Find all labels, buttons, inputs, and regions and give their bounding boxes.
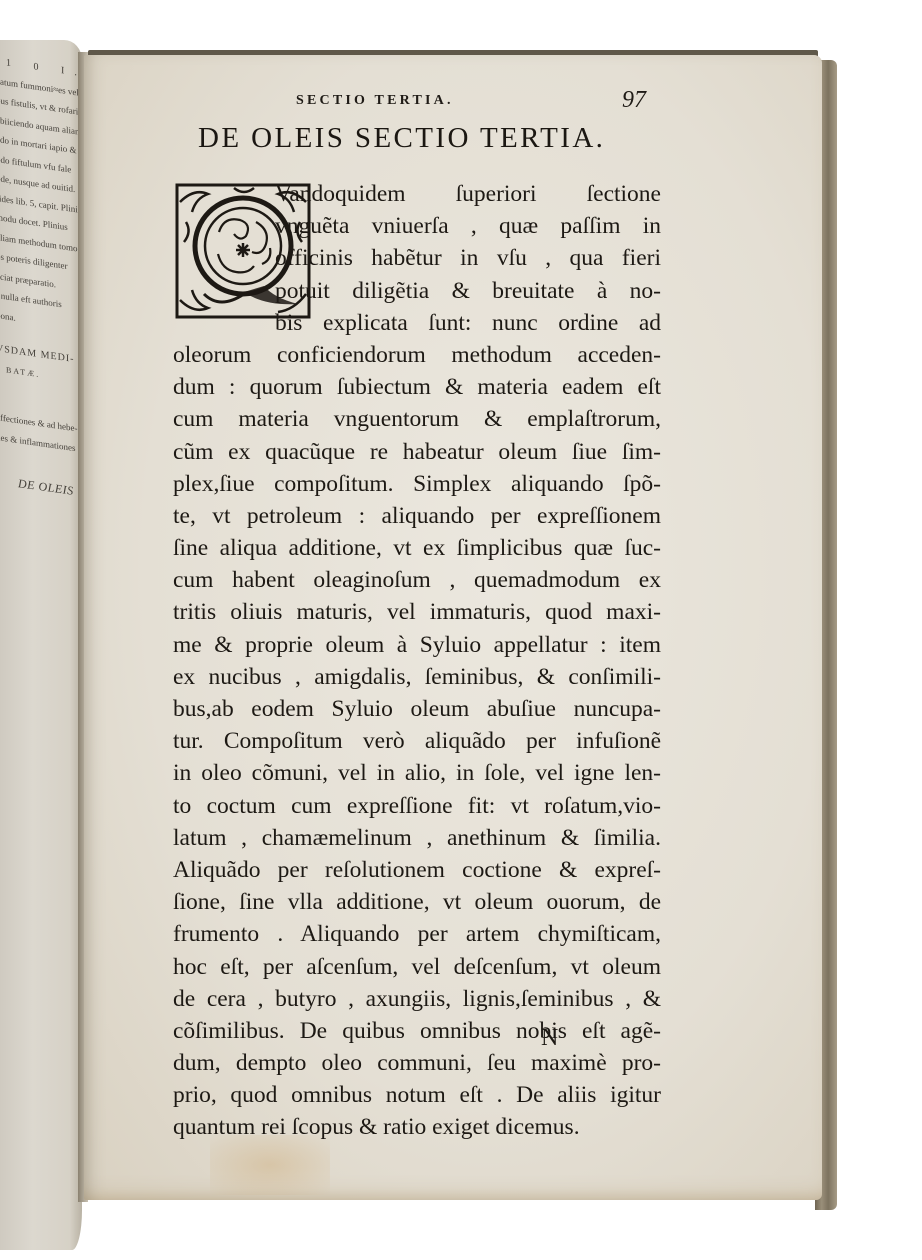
section-title: DE OLEIS SECTIO TERTIA.	[198, 122, 638, 155]
text-line: Vandoquidem ſuperiori ſectione	[275, 178, 661, 210]
text-line: ſione, ſine vlla additione, vt oleum ouo…	[173, 886, 661, 918]
running-head-title: SECTIO TERTIA.	[296, 93, 454, 109]
text-line: officinis habẽtur in vſu , qua fieri	[275, 242, 661, 274]
text-line: dum, dempto oleo communi, ſeu maximè pro…	[173, 1047, 661, 1079]
text-line: frumento . Aliquando per artem chymiſtic…	[173, 918, 661, 950]
text-line: prio, quod omnibus notum eſt . De aliis …	[173, 1079, 661, 1111]
text-line: ex nucibus , amigdalis, ſeminibus, & con…	[173, 661, 661, 693]
text-line: plex,ſiue compoſitum. Simplex aliquando …	[173, 468, 661, 500]
text-line: bus,ab eodem Syluio oleum abuſiue nuncup…	[173, 693, 661, 725]
foxing-stain	[210, 1135, 330, 1195]
text-line: dum : quorum ſubiectum & materia eadem e…	[173, 371, 661, 403]
text-line: cum habent oleaginoſum , quemadmodum ex	[173, 564, 661, 596]
text-line: to coctum cum expreſſione fit: vt roſatu…	[173, 790, 661, 822]
text-line: cũm ex quacũque re habeatur oleum ſiue ſ…	[173, 436, 661, 468]
text-line: te, vt petroleum : aliquando per expreſſ…	[173, 500, 661, 532]
text-line: ſine aliqua additione, vt ex ſimplicibus…	[173, 532, 661, 564]
text-line: Aliquãdo per reſolutionem coctione & exp…	[173, 854, 661, 886]
text-line: oleorum conficiendorum methodum acceden-	[173, 339, 661, 371]
left-page-verso: 1 0 I. catum fummoni≈es vel bus fistulis…	[0, 40, 82, 1250]
text-line: tur. Compoſitum verò aliquãdo per infuſi…	[173, 725, 661, 757]
text-line: cum materia vnguentorum & emplaſtrorum,	[173, 403, 661, 435]
text-line: tritis oliuis maturis, vel immaturis, qu…	[173, 596, 661, 628]
text-line: potuit diligẽtia & breuitate à no-	[275, 275, 661, 307]
text-line: latum , chamæmelinum , anethinum & ſimil…	[173, 822, 661, 854]
text-line: cõſimilibus. De quibus omnibus nobis eſt…	[173, 1015, 661, 1047]
body-text: Vandoquidem ſuperiori ſectione vnguẽta v…	[173, 178, 661, 1144]
text-line: de cera , butyro , axungiis, lignis,ſemi…	[173, 983, 661, 1015]
page-number: 97	[622, 87, 646, 114]
text-line: hoc eſt, per aſcenſum, vel deſcenſum, vt…	[173, 951, 661, 983]
left-page-text: 1 0 I. catum fummoni≈es vel bus fistulis…	[0, 52, 80, 502]
text-line: quantum rei ſcopus & ratio exiget dicemu…	[173, 1111, 661, 1143]
left-page-catchword: DE OLEIS	[0, 471, 80, 502]
signature-mark: N	[541, 1025, 558, 1052]
text-line: bis explicata ſunt: nunc ordine ad	[275, 307, 661, 339]
text-line: vnguẽta vniuerſa , quæ paſſim in	[275, 210, 661, 242]
text-line: in oleo cõmuni, vel in alio, in ſole, ve…	[173, 757, 661, 789]
text-line: me & proprie oleum à Syluio appellatur :…	[173, 629, 661, 661]
